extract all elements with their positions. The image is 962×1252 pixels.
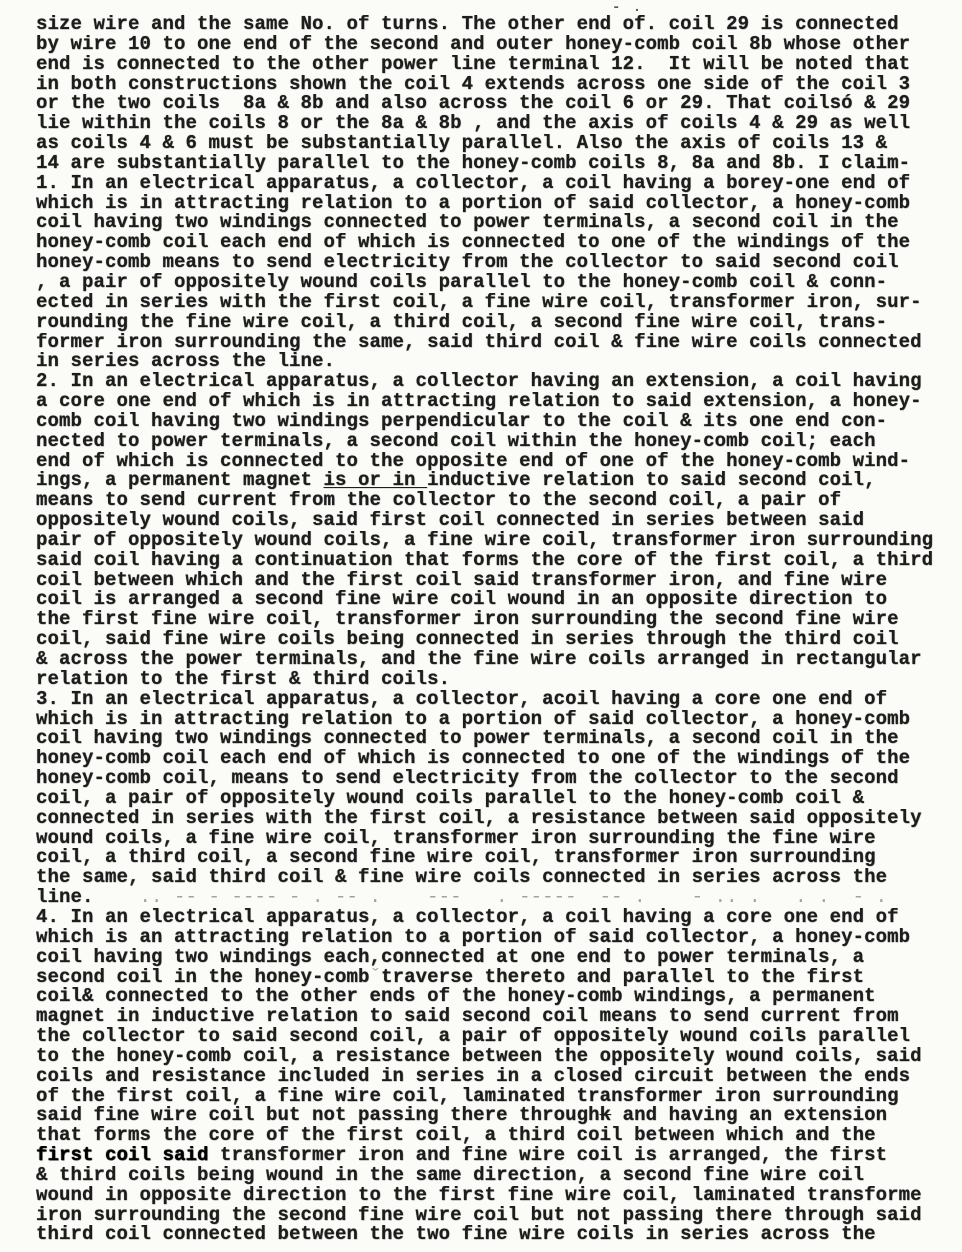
text-segment: coils and resistance included in series … [36, 1067, 910, 1087]
text-line: said fine wire coil but not passing ther… [36, 1106, 962, 1126]
text-segment: means to send current from the collector… [36, 491, 841, 511]
text-segment: coil, a third coil, a second fine wire c… [36, 848, 876, 868]
text-line: coil having two windings connected to po… [36, 729, 962, 749]
text-segment-dim: .. -- - ---- - . -- . --- . ----- -- . -… [94, 888, 888, 908]
text-segment: 2. In an electrical apparatus, a collect… [36, 372, 922, 392]
text-segment: pair of oppositely wound coils, a fine w… [36, 531, 933, 551]
text-line: by wire 10 to one end of the second and … [36, 35, 962, 55]
text-line: pair of oppositely wound coils, a fine w… [36, 531, 962, 551]
text-segment: 3. In an electrical apparatus, a collect… [36, 690, 887, 710]
text-segment: and having an extension [611, 1106, 887, 1126]
text-line: honey-comb coil each end of which is con… [36, 749, 962, 769]
text-line: ings, a permanent magnet is or in induct… [36, 471, 962, 491]
text-segment: coil having two windings each,connected … [36, 948, 864, 968]
text-segment: coil having two windings connected to po… [36, 729, 899, 749]
text-segment: third coil connected between the two fin… [36, 1225, 876, 1245]
text-segment: honey-comb means to send electricity fro… [36, 253, 899, 273]
text-segment: second coil in the honey-comb [36, 968, 370, 988]
page-number-marker: - . [612, 1, 643, 15]
text-segment: 1. In an electrical apparatus, a collect… [36, 174, 910, 194]
text-line: honey-comb means to send electricity fro… [36, 253, 962, 273]
text-segment: former iron surrounding the same, said t… [36, 333, 922, 353]
text-segment: relation to the first & third coils. [36, 670, 450, 690]
text-line: said coil having a continuation that for… [36, 551, 962, 571]
text-segment: honey-comb coil each end of which is con… [36, 233, 910, 253]
text-segment: in both constructions shown the coil 4 e… [36, 75, 910, 95]
text-segment: ings, a permanent magnet [36, 471, 324, 491]
text-line: 1. In an electrical apparatus, a collect… [36, 174, 962, 194]
text-line: third coil connected between the two fin… [36, 1225, 962, 1245]
text-segment: as coils 4 & 6 must be substantially par… [36, 134, 887, 154]
text-segment: magnet in inductive relation to said sec… [36, 1007, 899, 1027]
text-line: oppositely wound coils, said first coil … [36, 511, 962, 531]
text-line: magnet in inductive relation to said sec… [36, 1007, 962, 1027]
text-line: first coil said transformer iron and fin… [36, 1146, 962, 1166]
text-segment: which is an attracting relation to a por… [36, 928, 910, 948]
text-segment: or the two coils 8a & 8b and also across… [36, 94, 910, 114]
text-segment: coil having two windings connected to po… [36, 213, 899, 233]
text-segment: end is connected to the other power line… [36, 55, 910, 75]
text-segment: that forms the core of the first coil, a… [36, 1126, 876, 1146]
text-line: 4. In an electrical apparatus, a collect… [36, 908, 962, 928]
text-segment: the first fine wire coil, transformer ir… [36, 610, 899, 630]
text-segment: wound coils, a fine wire coil, transform… [36, 829, 876, 849]
text-segment: said coil having a continuation that for… [36, 551, 933, 571]
text-segment: comb coil having two windings perpendicu… [36, 412, 887, 432]
text-line: iron surrounding the second fine wire co… [36, 1206, 962, 1226]
text-segment: oppositely wound coils, said first coil … [36, 511, 864, 531]
text-line: & third coils being wound in the same di… [36, 1166, 962, 1186]
text-line: in both constructions shown the coil 4 e… [36, 75, 962, 95]
text-segment: transformer iron and fine wire coil is a… [209, 1146, 888, 1166]
text-segment: wound in opposite direction to the first… [36, 1186, 922, 1206]
text-line: coil between which and the first coil sa… [36, 571, 962, 591]
text-segment: lie within the coils 8 or the 8a & 8b , … [36, 114, 910, 134]
text-segment: coil is arranged a second fine wire coil… [36, 590, 887, 610]
text-line: end of which is connected to the opposit… [36, 452, 962, 472]
text-line: coil& connected to the other ends of the… [36, 987, 962, 1007]
text-segment-dim: ˇ [370, 968, 382, 988]
text-segment: , a pair of oppositely wound coils paral… [36, 273, 887, 293]
text-line: to the honey-comb coil, a resistance bet… [36, 1047, 962, 1067]
text-line: the same, said third coil & fine wire co… [36, 868, 962, 888]
text-segment: connected in series with the first coil,… [36, 809, 922, 829]
text-segment: the collector to said second coil, a pai… [36, 1027, 910, 1047]
text-line: relation to the first & third coils. [36, 670, 962, 690]
text-line: the collector to said second coil, a pai… [36, 1027, 962, 1047]
text-line: coil having two windings each,connected … [36, 948, 962, 968]
text-segment: by wire 10 to one end of the second and … [36, 35, 910, 55]
text-line: 14 are substantially parallel to the hon… [36, 154, 962, 174]
text-line: wound coils, a fine wire coil, transform… [36, 829, 962, 849]
text-line: or the two coils 8a & 8b and also across… [36, 94, 962, 114]
text-line: coil having two windings connected to po… [36, 213, 962, 233]
text-segment: coil, a pair of oppositely wound coils p… [36, 789, 864, 809]
text-segment-b: first coil said [36, 1146, 209, 1166]
text-line: coil, said fine wire coils being connect… [36, 630, 962, 650]
scanned-document-page: - . size wire and the same No. of turns.… [0, 0, 962, 1252]
text-segment: honey-comb coil each end of which is con… [36, 749, 910, 769]
text-line: honey-comb coil each end of which is con… [36, 233, 962, 253]
text-segment: & across the power terminals, and the fi… [36, 650, 922, 670]
text-line: coil is arranged a second fine wire coil… [36, 590, 962, 610]
text-segment: ected in series with the first coil, a f… [36, 293, 922, 313]
text-line: comb coil having two windings perpendicu… [36, 412, 962, 432]
text-line: end is connected to the other power line… [36, 55, 962, 75]
text-line: means to send current from the collector… [36, 491, 962, 511]
text-line: 3. In an electrical apparatus, a collect… [36, 690, 962, 710]
text-line: nected to power terminals, a second coil… [36, 432, 962, 452]
document-lines: size wire and the same No. of turns. The… [36, 15, 962, 1245]
text-line: a core one end of which is in attracting… [36, 392, 962, 412]
text-line: , a pair of oppositely wound coils paral… [36, 273, 962, 293]
text-line: as coils 4 & 6 must be substantially par… [36, 134, 962, 154]
text-segment: a core one end of which is in attracting… [36, 392, 922, 412]
text-segment: iron surrounding the second fine wire co… [36, 1206, 922, 1226]
text-line: which is in attracting relation to a por… [36, 710, 962, 730]
text-segment-u: is or in [324, 471, 428, 491]
text-line: which is an attracting relation to a por… [36, 928, 962, 948]
text-line: honey-comb coil, means to send electrici… [36, 769, 962, 789]
text-segment: to the honey-comb coil, a resistance bet… [36, 1047, 922, 1067]
text-line: which is in attracting relation to a por… [36, 194, 962, 214]
text-segment: coil, said fine wire coils being connect… [36, 630, 899, 650]
text-line: former iron surrounding the same, said t… [36, 333, 962, 353]
text-line: line. .. -- - ---- - . -- . --- . ----- … [36, 888, 962, 908]
text-segment: which is in attracting relation to a por… [36, 710, 910, 730]
text-segment: which is in attracting relation to a por… [36, 194, 910, 214]
text-segment: 14 are substantially parallel to the hon… [36, 154, 910, 174]
text-segment: 4. In an electrical apparatus, a collect… [36, 908, 899, 928]
text-segment: inductive relation to said second coil, [427, 471, 876, 491]
text-line: wound in opposite direction to the first… [36, 1186, 962, 1206]
text-line: coil, a pair of oppositely wound coils p… [36, 789, 962, 809]
text-line: in series across the line. [36, 352, 962, 372]
text-line: coils and resistance included in series … [36, 1067, 962, 1087]
text-segment: rounding the fine wire coil, a third coi… [36, 313, 887, 333]
text-segment: line. [36, 888, 94, 908]
text-line: of the first coil, a fine wire coil, lam… [36, 1087, 962, 1107]
text-segment: said fine wire coil but not passing ther… [36, 1106, 600, 1126]
text-segment: coil& connected to the other ends of the… [36, 987, 876, 1007]
text-line: that forms the core of the first coil, a… [36, 1126, 962, 1146]
text-line: ected in series with the first coil, a f… [36, 293, 962, 313]
text-line: 2. In an electrical apparatus, a collect… [36, 372, 962, 392]
text-segment: in series across the line. [36, 352, 335, 372]
text-segment: of the first coil, a fine wire coil, lam… [36, 1087, 899, 1107]
text-segment: traverse thereto and parallel to the fir… [381, 968, 864, 988]
text-line: rounding the fine wire coil, a third coi… [36, 313, 962, 333]
text-line: the first fine wire coil, transformer ir… [36, 610, 962, 630]
text-line: lie within the coils 8 or the 8a & 8b , … [36, 114, 962, 134]
text-line: second coil in the honey-combˇtraverse t… [36, 968, 962, 988]
text-segment-x: k [600, 1106, 612, 1126]
text-segment: & third coils being wound in the same di… [36, 1166, 864, 1186]
text-segment: coil between which and the first coil sa… [36, 571, 887, 591]
text-segment: the same, said third coil & fine wire co… [36, 868, 887, 888]
text-line: coil, a third coil, a second fine wire c… [36, 848, 962, 868]
text-segment: honey-comb coil, means to send electrici… [36, 769, 899, 789]
text-segment: size wire and the same No. of turns. The… [36, 15, 899, 35]
text-line: & across the power terminals, and the fi… [36, 650, 962, 670]
text-line: size wire and the same No. of turns. The… [36, 15, 962, 35]
text-line: connected in series with the first coil,… [36, 809, 962, 829]
text-segment: nected to power terminals, a second coil… [36, 432, 876, 452]
text-segment: end of which is connected to the opposit… [36, 452, 910, 472]
